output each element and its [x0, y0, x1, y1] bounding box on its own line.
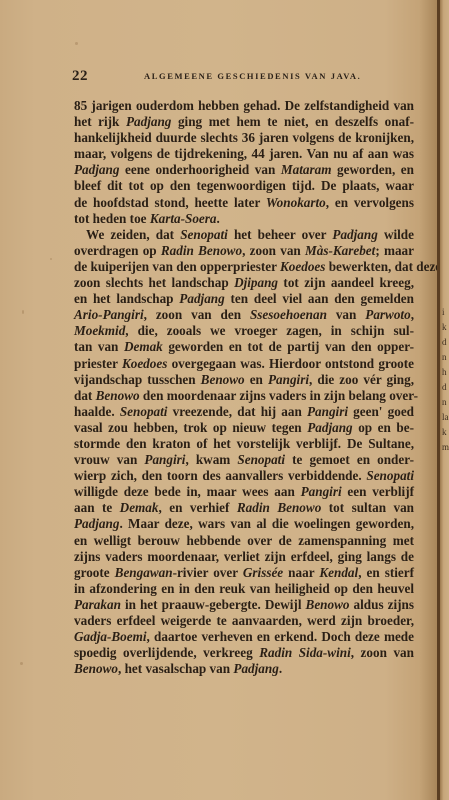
- adjacent-page-edge: i k d n h d n la k m: [440, 0, 449, 800]
- text-line: Moekmid, die, zooals we vroeger zagen, i…: [74, 323, 414, 339]
- italic-name: Pangiri: [307, 404, 348, 419]
- text-line: de hoofdstad stond, heette later Wonokar…: [74, 195, 414, 211]
- italic-name: Djipang: [234, 275, 278, 290]
- italic-name: Senopati: [120, 404, 168, 419]
- text-line: overdragen op Radin Benowo, zoon van Màs…: [74, 243, 414, 259]
- text-line: maar, volgens de tijdrekening, 44 jaren.…: [74, 146, 414, 162]
- text-line: en het landschap Padjang ten deel viel a…: [74, 291, 414, 307]
- text-line: spoedig overlijdende, verkreeg Radin Sid…: [74, 645, 414, 661]
- text-line: wierp zich, den toorn des aanvallers ver…: [74, 468, 414, 484]
- italic-name: Padjang: [332, 227, 377, 242]
- italic-name: Radin Sida-wini: [259, 645, 351, 660]
- text-line: zoon slechts het landschap Djipang tot z…: [74, 275, 414, 291]
- italic-name: Benowo: [74, 661, 118, 676]
- text-line: Gadja-Boemi, daartoe verheven en erkend.…: [74, 629, 414, 645]
- italic-name: Pangiri: [268, 372, 309, 387]
- text-line: stormde den kraton of het vorstelijk ver…: [74, 436, 414, 452]
- text-line: groote Bengawan-rivier over Grissée naar…: [74, 565, 414, 581]
- page-number: 22: [72, 68, 88, 85]
- text-line: tot heden toe Karta-Soera.: [74, 211, 414, 227]
- italic-name: Karta-Soera: [150, 211, 217, 226]
- italic-name: Moekmid: [74, 323, 125, 338]
- italic-name: Mataram: [281, 162, 332, 177]
- foxing-spot: [20, 662, 23, 665]
- italic-name: Demak: [124, 339, 163, 354]
- italic-name: Gadja-Boemi: [74, 629, 147, 644]
- text-line: vijandschap tusschen Benowo en Pangiri, …: [74, 372, 414, 388]
- italic-name: Padjang: [74, 516, 119, 531]
- italic-name: Ario-Pangiri: [74, 307, 144, 322]
- page-header: 22 ALGEMEENE GESCHIEDENIS VAN JAVA.: [72, 68, 414, 84]
- italic-name: Senopati: [366, 468, 414, 483]
- text-line: vrouw van Pangiri, kwam Senopati te gemo…: [74, 452, 414, 468]
- italic-name: Koedoes: [122, 356, 167, 371]
- text-line: dat Benowo den moordenaar zijns vaders i…: [74, 388, 414, 404]
- text-line: hankelijkheid duurde slechts 36 jaren vo…: [74, 130, 414, 146]
- text-line: zijns vaders moordenaar, verliet zijn er…: [74, 549, 414, 565]
- italic-name: Wonokarto: [266, 195, 326, 210]
- italic-name: Pangiri: [144, 452, 185, 467]
- text-line: Padjang. Maar deze, wars van al die woel…: [74, 516, 414, 532]
- italic-name: Padjang: [179, 291, 224, 306]
- text-line: aan te Demak, en verhief Radin Benowo to…: [74, 500, 414, 516]
- text-line: Ario-Pangiri, zoon van den Ssesoehoenan …: [74, 307, 414, 323]
- italic-name: Benowo: [306, 597, 350, 612]
- text-line: de kuiperijen van den opperpriester Koed…: [74, 259, 414, 275]
- italic-name: Koedoes: [280, 259, 325, 274]
- italic-name: Radin Benowo: [237, 500, 321, 515]
- body-text: 85 jarigen ouderdom hebben gehad. De zel…: [74, 98, 414, 677]
- foxing-spot: [75, 42, 78, 45]
- italic-name: Padjang: [126, 114, 171, 129]
- text-line: het rijk Padjang ging met hem te niet, e…: [74, 114, 414, 130]
- italic-name: Kendal: [319, 565, 358, 580]
- text-line: 85 jarigen ouderdom hebben gehad. De zel…: [74, 98, 414, 114]
- italic-name: Demak: [120, 500, 159, 515]
- text-line: haalde. Senopati vreezende, dat hij aan …: [74, 404, 414, 420]
- text-line: in afzondering en in den reuk van heilig…: [74, 581, 414, 597]
- text-line: vaders erfdeel weigerde te aanvaarden, w…: [74, 613, 414, 629]
- text-line: priester Koedoes overgegaan was. Hierdoo…: [74, 356, 414, 372]
- italic-name: Padjang: [74, 162, 119, 177]
- italic-name: Senopati: [237, 452, 285, 467]
- text-line: Padjang eene onderhoorigheid van Mataram…: [74, 162, 414, 178]
- text-line: vasal zou hebben, trok op nieuw tegen Pa…: [74, 420, 414, 436]
- text-line: en welligt berouw hebbende over de zamen…: [74, 533, 414, 549]
- text-line: Benowo, het vasalschap van Padjang.: [74, 661, 414, 677]
- running-title: ALGEMEENE GESCHIEDENIS VAN JAVA.: [144, 71, 361, 81]
- italic-name: Grissée: [243, 565, 283, 580]
- book-page: 22 ALGEMEENE GESCHIEDENIS VAN JAVA. 85 j…: [0, 0, 437, 800]
- italic-name: Ssesoehoenan: [250, 307, 327, 322]
- text-line: Parakan in het praauw-gebergte. Dewijl B…: [74, 597, 414, 613]
- foxing-spot: [50, 258, 52, 260]
- text-line: tan van Demak geworden en tot de partij …: [74, 339, 414, 355]
- italic-name: Pangiri: [301, 484, 342, 499]
- italic-name: Padjang: [233, 661, 278, 676]
- text-line: bleef dit tot op den tegenwoordigen tijd…: [74, 178, 414, 194]
- italic-name: Senopati: [180, 227, 228, 242]
- text-line: willigde deze bede in, maar wees aan Pan…: [74, 484, 414, 500]
- adjacent-page-text: i k d n h d n la k m: [442, 305, 449, 455]
- italic-name: Parakan: [74, 597, 121, 612]
- italic-name: Padjang: [307, 420, 352, 435]
- foxing-spot: [22, 310, 24, 314]
- italic-name: Màs-Karebet: [305, 243, 375, 258]
- italic-name: Benowo: [201, 372, 245, 387]
- italic-name: Parwoto: [365, 307, 410, 322]
- italic-name: Radin Benowo: [161, 243, 242, 258]
- italic-name: Benowo: [96, 388, 140, 403]
- text-line: We zeiden, dat Senopati het beheer over …: [74, 227, 414, 243]
- italic-name: Bengawan: [115, 565, 173, 580]
